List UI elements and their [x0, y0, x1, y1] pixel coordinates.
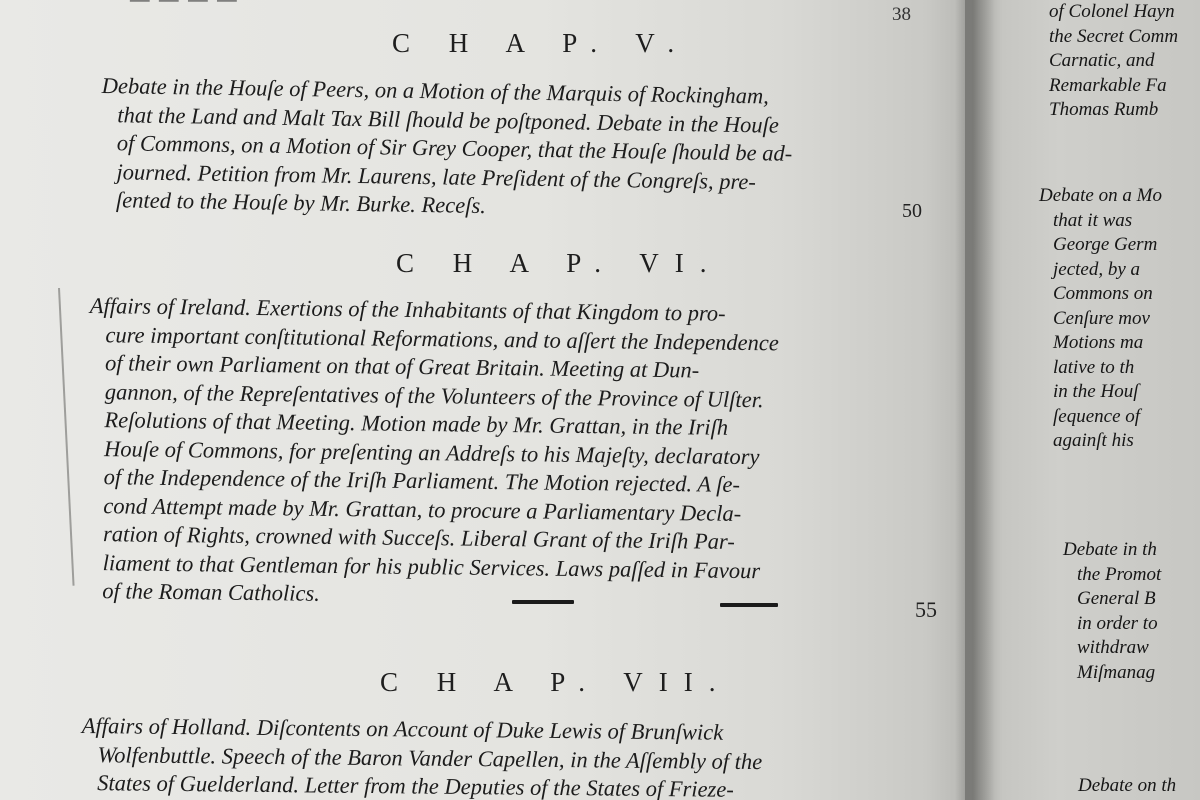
summary-line: George Germ	[1039, 233, 1162, 258]
summary-line: the Promot	[1063, 563, 1161, 588]
right-entry-4: Debate on th	[1078, 774, 1176, 799]
summary-line: of Colonel Hayn	[1049, 0, 1178, 25]
running-page-number: 38	[892, 4, 911, 26]
right-entry-1: of Colonel Hayn the Secret Comm Carnatic…	[1049, 0, 1178, 123]
summary-line: Cenſure mov	[1039, 307, 1162, 332]
summary-line: againſt his	[1039, 429, 1162, 454]
right-entry-2: Debate on a Mo that it was George Germ j…	[1039, 184, 1162, 454]
summary-line: jected, by a	[1039, 258, 1162, 283]
summary-line: in order to	[1063, 612, 1161, 637]
chapter-vi-summary: Affairs of Ireland. Exertions of the Inh…	[86, 292, 920, 616]
summary-line: General B	[1063, 587, 1161, 612]
summary-line: Debate in th	[1063, 538, 1161, 563]
summary-line: Miſmanag	[1063, 661, 1161, 686]
chapter-vii-summary: Affairs of Holland. Diſcontents on Accou…	[81, 712, 912, 800]
page-ref-chap-vi: 55	[915, 597, 937, 623]
summary-line: Commons on	[1039, 282, 1162, 307]
summary-line: ſequence of	[1039, 405, 1162, 430]
summary-line: lative to th	[1039, 356, 1162, 381]
chapter-heading-v: C H A P. V.	[392, 28, 690, 59]
summary-line: Carnatic, and	[1049, 49, 1178, 74]
chapter-v-summary: Debate in the Houſe of Peers, on a Motio…	[100, 72, 932, 228]
summary-line: Motions ma	[1039, 331, 1162, 356]
summary-line: that it was	[1039, 209, 1162, 234]
summary-line: Debate on th	[1078, 774, 1176, 799]
summary-line: Debate on a Mo	[1039, 184, 1162, 209]
margin-pencil-line	[58, 288, 75, 586]
left-page: — — — — 38 C H A P. V. Debate in the Hou…	[0, 0, 975, 800]
summary-line: the Secret Comm	[1049, 25, 1178, 50]
right-page: of Colonel Hayn the Secret Comm Carnatic…	[965, 0, 1200, 800]
chapter-heading-vi: C H A P. VI.	[396, 248, 723, 279]
ornamental-rule	[512, 600, 574, 604]
summary-line: in the Houſ	[1039, 380, 1162, 405]
summary-line: Remarkable Fa	[1049, 74, 1178, 99]
right-entry-3: Debate in th the Promot General B in ord…	[1063, 538, 1161, 685]
page-ref-chap-v: 50	[902, 200, 922, 223]
summary-line: Thomas Rumb	[1049, 98, 1178, 123]
top-text-fragment: — — — —	[130, 0, 239, 12]
ornamental-rule	[720, 603, 778, 607]
summary-line: withdraw	[1063, 636, 1161, 661]
chapter-heading-vii: C H A P. VII.	[380, 667, 732, 698]
